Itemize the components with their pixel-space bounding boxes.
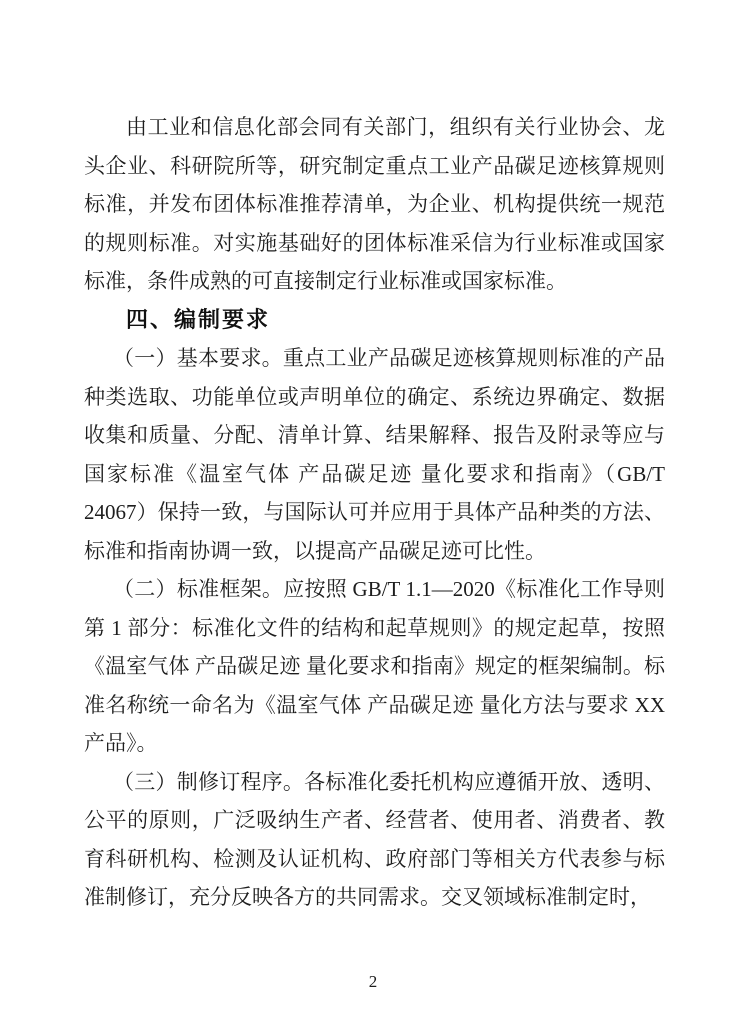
paragraph-basic-requirements: （一）基本要求。重点工业产品碳足迹核算规则标准的产品种类选取、功能单位或声明单位… (84, 339, 665, 570)
page-number: 2 (0, 972, 746, 992)
document-page: 由工业和信息化部会同有关部门，组织有关行业协会、龙头企业、科研院所等，研究制定重… (0, 0, 746, 1021)
document-content: 由工业和信息化部会同有关部门，组织有关行业协会、龙头企业、科研院所等，研究制定重… (84, 108, 665, 917)
paragraph-team-standards: 由工业和信息化部会同有关部门，组织有关行业协会、龙头企业、科研院所等，研究制定重… (84, 108, 665, 301)
paragraph-revision-procedure: （三）制修订程序。各标准化委托机构应遵循开放、透明、公平的原则，广泛吸纳生产者、… (84, 763, 665, 917)
paragraph-standard-framework: （二）标准框架。应按照 GB/T 1.1—2020《标准化工作导则 第 1 部分… (84, 570, 665, 763)
section-heading-compilation-requirements: 四、编制要求 (84, 301, 665, 340)
